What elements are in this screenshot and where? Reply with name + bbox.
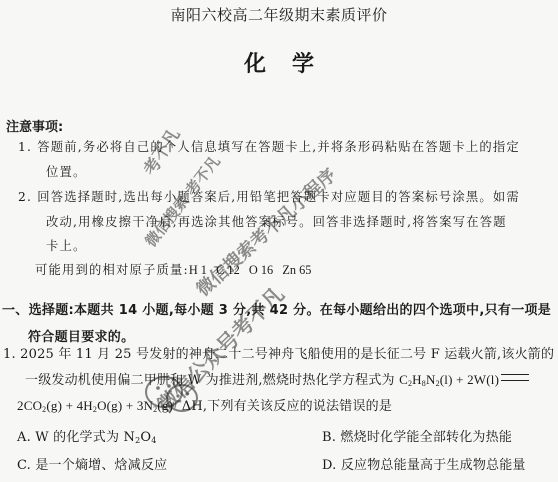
product-formula: 2CO2(g) + 4H2O(g) + 3N2(g): [17, 398, 173, 413]
reaction-equals-sign: [501, 374, 529, 381]
question-1-line-1: 1. 2025 年 11 月 25 号发射的神舟二十二号神舟飞船使用的是长征二号…: [3, 348, 554, 361]
exam-header-title: 南阳六校高二年级期末素质评价: [0, 8, 558, 23]
atomic-masses-values: H 1 C 12 O 16 Zn 65: [189, 263, 312, 277]
question-1-line-2-text: 一级发动机使用偏二甲肼和 W 为推进剂,燃烧时热化学方程式为: [25, 373, 399, 388]
option-a: A. W 的化学式为 N2O4: [17, 431, 157, 444]
option-b: B. 燃烧时化学能全部转化为热能: [322, 431, 512, 444]
notice-item-1-line-1: 1. 答题前,务必将自己的个人信息填写在答题卡上,并将条形码粘贴在答题卡上的指定: [18, 141, 520, 153]
exam-page: 南阳六校高二年级期末素质评价 化学 注意事项: 1. 答题前,务必将自己的个人信…: [0, 0, 558, 482]
notice-item-2-line-3: 卡上。: [46, 240, 87, 252]
question-1-line-2: 一级发动机使用偏二甲肼和 W 为推进剂,燃烧时热化学方程式为 C2H8N2(l)…: [25, 373, 529, 387]
notice-heading: 注意事项:: [6, 121, 63, 134]
section-heading-line-1: 一、选择题:本题共 14 小题,每小题 3 分,共 42 分。在每小题给出的四个…: [2, 304, 551, 317]
notice-item-2-line-2: 改动,用橡皮擦干净后,再选涂其他答案标号。回答非选择题时,将答案写在答题: [46, 216, 507, 228]
reactant-formula: C2H8N2(l) + 2W(l): [399, 372, 499, 387]
atomic-masses-label: 可能用到的相对原子质量:: [35, 263, 189, 277]
option-c: C. 是一个熵增、焓减反应: [17, 459, 167, 472]
section-heading-line-2: 符合题目要求的。: [28, 331, 134, 344]
notice-item-2-line-1: 2. 回答选择题时,选出每小题答案后,用铅笔把答题卡对应题目的答案标号涂黑。如需: [18, 191, 520, 203]
atomic-masses: 可能用到的相对原子质量:H 1 C 12 O 16 Zn 65: [35, 264, 311, 276]
option-d: D. 反应物总能量高于生成物总能量: [322, 459, 526, 472]
question-1-line-3: 2CO2(g) + 4H2O(g) + 3N2(g) ΔH,下列有关该反应的说法…: [17, 399, 392, 413]
question-1-stem-end: ΔH,下列有关该反应的说法错误的是: [182, 399, 392, 414]
subject-title: 化学: [0, 54, 558, 76]
notice-item-1-line-2: 位置。: [46, 166, 87, 178]
watermark-text: 微信搜索考不凡小程序: [190, 162, 341, 302]
